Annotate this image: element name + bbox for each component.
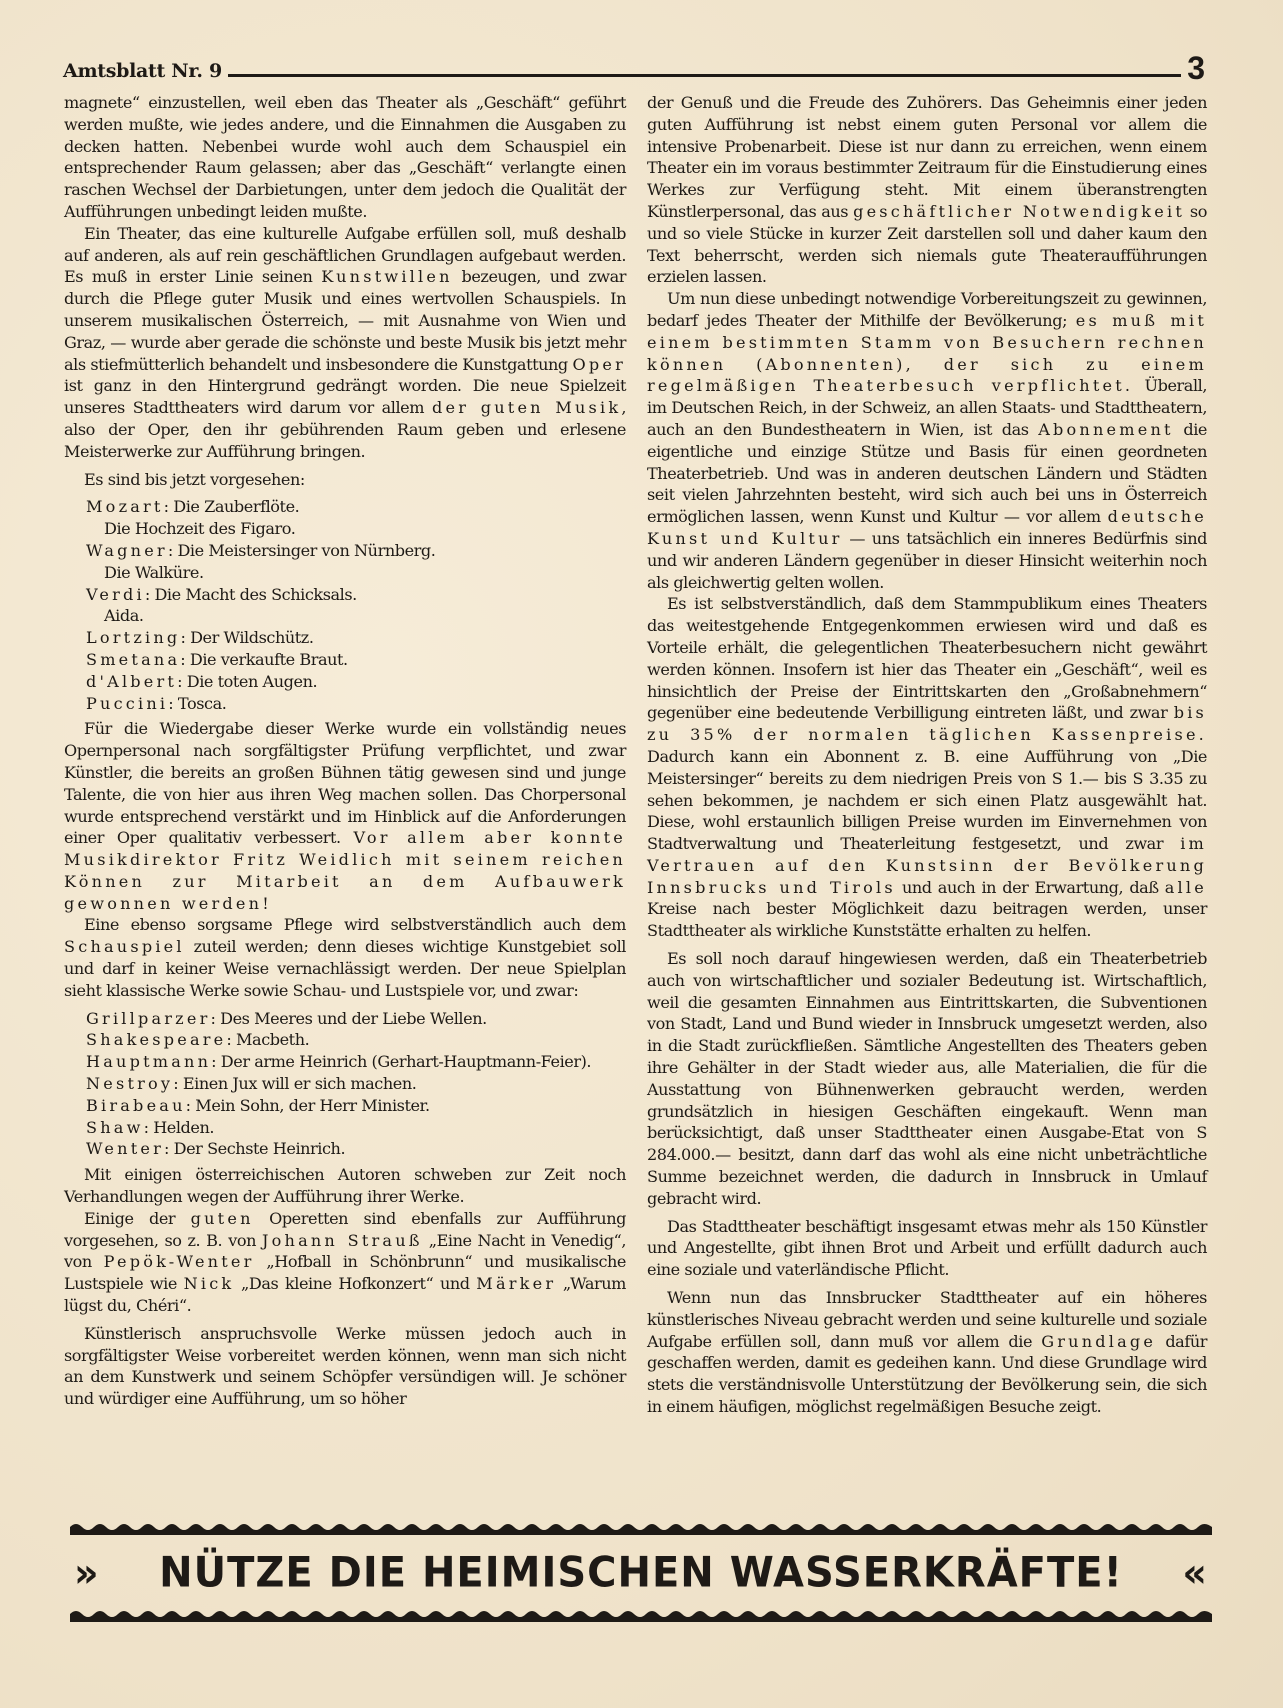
guillemet-left-icon: « [1182,1550,1208,1596]
left-column: magnete“ einzustellen, weil eben das The… [64,92,626,1410]
paragraph: Eine ebenso sorgsame Pflege wird selbstv… [64,914,626,1001]
paragraph: Für die Wiedergabe dieser Werke wurde ei… [64,718,626,914]
paragraph: Ein Theater, das eine kulturelle Aufgabe… [64,223,626,463]
slogan-text: NÜTZE DIE HEIMISCHEN WASSERKRÄFTE! [159,1549,1123,1597]
publication-title: Amtsblatt Nr. 9 [63,60,222,84]
paragraph: der Genuß und die Freude des Zuhörers. D… [647,92,1207,288]
emphasis: Schauspiel [64,937,185,956]
paragraph: Mit einigen österreichischen Autoren sch… [64,1164,626,1208]
paragraph: Um nun diese unbedingt notwendige Vorber… [647,288,1207,593]
slogan-banner: » NÜTZE DIE HEIMISCHEN WASSERKRÄFTE! « [70,1520,1212,1625]
slogan: » NÜTZE DIE HEIMISCHEN WASSERKRÄFTE! « [70,1537,1212,1608]
emphasis: Kunstwillen [321,267,452,286]
paragraph: Es ist selbstverständlich, daß dem Stamm… [647,593,1207,942]
list-item: Shakespeare: Macbeth. [64,1029,626,1051]
paragraph: Es soll noch darauf hingewiesen werden, … [647,948,1207,1210]
list-item: Shaw: Helden. [64,1117,626,1139]
page-number: 3 [1187,52,1205,84]
list-item: Verdi: Die Macht des Schicksals. [64,584,626,606]
list-item: Smetana: Die verkaufte Braut. [64,649,626,671]
list-item: Hauptmann: Der arme Heinrich (Gerhart-Ha… [64,1051,626,1073]
paragraph: Einige der guten Operetten sind ebenfall… [64,1208,626,1317]
paragraph: Künstlerisch anspruchsvolle Werke müssen… [64,1323,626,1410]
list-item: Die Hochzeit des Figaro. [64,518,626,540]
list-item: Aida. [64,605,626,627]
list-item: Lortzing: Der Wildschütz. [64,627,626,649]
right-column: der Genuß und die Freude des Zuhörers. D… [647,92,1207,1418]
guillemet-right-icon: » [74,1550,100,1596]
paragraph: Wenn nun das Innsbrucker Stadttheater au… [647,1287,1207,1418]
list-item: d'Albert: Die toten Augen. [64,671,626,693]
wave-border-top [70,1521,1212,1535]
list-item: Puccini: Tosca. [64,693,626,715]
list-item: Die Walküre. [64,562,626,584]
wave-border-bottom [70,1608,1212,1622]
list-item: Grillparzer: Des Meeres und der Liebe We… [64,1008,626,1030]
list-item: Wenter: Der Sechste Heinrich. [64,1138,626,1160]
paragraph: magnete“ einzustellen, weil eben das The… [64,92,626,223]
paragraph: Es sind bis jetzt vorgesehen: [64,469,626,491]
list-item: Mozart: Die Zauberflöte. [64,496,626,518]
opera-list: Mozart: Die Zauberflöte. Die Hochzeit de… [64,496,626,714]
list-item: Wagner: Die Meistersinger von Nürnberg. [64,540,626,562]
emphasis: der guten Musik [432,398,621,417]
emphasis: Oper [572,355,626,374]
page-header: Amtsblatt Nr. 9 3 [63,44,1205,84]
list-item: Nestroy: Einen Jux will er sich machen. [64,1073,626,1095]
header-rule [228,74,1181,77]
list-item: Birabeau: Mein Sohn, der Herr Minister. [64,1095,626,1117]
paragraph: Das Stadttheater beschäftigt insgesamt e… [647,1216,1207,1281]
drama-list: Grillparzer: Des Meeres und der Liebe We… [64,1008,626,1161]
